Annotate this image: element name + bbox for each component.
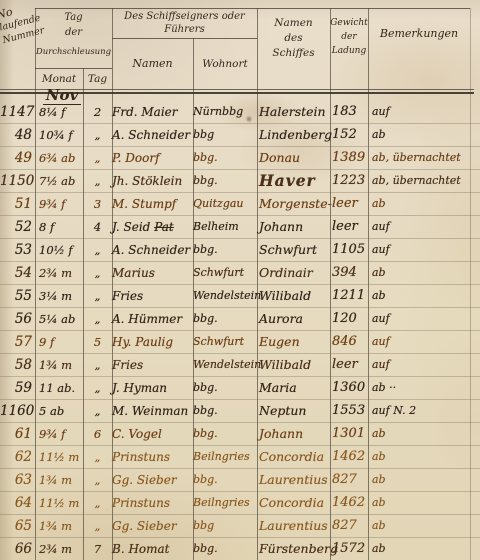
col-header-load-line: Gewicht (330, 16, 368, 30)
cell-residence: bbg. (193, 473, 257, 486)
table-row: 4810¾ f„A. SchneiderbbgLindenberg152ab (0, 123, 480, 147)
cell-entry-number: 59 (0, 380, 35, 396)
col-header-date-line: Tag (35, 10, 112, 25)
cell-load-weight: 1553 (330, 403, 368, 418)
cell-day: „ (83, 174, 112, 188)
cell-remark: ab (368, 450, 470, 463)
cell-entry-number: 54 (0, 265, 35, 281)
cell-residence: Beilngries (193, 496, 257, 509)
cell-residence: Quitzgau (193, 197, 257, 210)
cell-skipper-name: Marius (112, 266, 193, 280)
cell-residence: Schwfurt (193, 266, 257, 279)
cell-remark: ab (368, 289, 470, 302)
col-header-date: Tag der Durchschleusung (35, 10, 112, 60)
cell-skipper-name: J. Seid Pat (112, 220, 193, 234)
cell-skipper-name: J. Hyman (112, 381, 193, 395)
cell-ship-name: Wilibald (257, 357, 330, 372)
table-row: 662¾ m7B. Homatbbg.Fürstenberg1572ab (0, 537, 480, 560)
cell-lock-time: 5¼ ab (35, 312, 83, 326)
cell-day: „ (83, 381, 112, 395)
cell-day: „ (83, 358, 112, 372)
col-header-skipper: Des Schiffseigners oder Führers (112, 10, 257, 36)
cell-entry-number: 1150 (0, 173, 35, 189)
table-row: 581¾ m„FriesWendelsteinWilibaldleerauf (0, 353, 480, 377)
cell-ship-name: Concordia (257, 449, 330, 464)
cell-remark: auf (368, 243, 470, 256)
cell-load-weight: 120 (330, 311, 368, 326)
cell-remark: auf (368, 220, 470, 233)
cell-load-weight: 1462 (330, 449, 368, 464)
col-header-ship-line: des (257, 31, 330, 46)
cell-ship-name: Fürstenberg (257, 541, 330, 556)
cell-lock-time: 11 ab. (35, 381, 83, 395)
cell-ship-name: Morgenste- (257, 196, 330, 211)
col-header-date-line: der (35, 25, 112, 40)
cell-entry-number: 64 (0, 495, 35, 511)
cell-ship-name: Aurora (257, 311, 330, 326)
cell-entry-number: 1147 (0, 104, 35, 120)
cell-day: „ (83, 289, 112, 303)
cell-residence: bbg. (193, 542, 257, 555)
cell-residence: bbg. (193, 427, 257, 440)
cell-day: „ (83, 151, 112, 165)
col-header-load: Gewicht der Ladung (330, 16, 368, 58)
cell-remark: auf (368, 358, 470, 371)
cell-lock-time: 9¾ f (35, 197, 83, 211)
cell-ship-name: Laurentius (257, 472, 330, 487)
cell-load-weight: 1360 (330, 380, 368, 395)
cell-lock-time: 1¾ m (35, 473, 83, 487)
cell-entry-number: 51 (0, 196, 35, 212)
cell-day: „ (83, 473, 112, 487)
cell-load-weight: 1223 (330, 173, 368, 188)
col-header-load-line: der (330, 30, 368, 44)
cell-remark: auf (368, 312, 470, 325)
table-row: 619¾ f6C. Vogelbbg.Johann1301ab (0, 422, 480, 446)
cell-entry-number: 52 (0, 219, 35, 235)
cell-lock-time: 2¾ m (35, 542, 83, 556)
cell-ship-name: Haver (257, 171, 330, 190)
cell-remark: ab, übernachtet (368, 151, 470, 164)
cell-remark: ab (368, 427, 470, 440)
cell-entry-number: 55 (0, 288, 35, 304)
cell-day: „ (83, 312, 112, 326)
cell-lock-time: 2¾ m (35, 266, 83, 280)
col-header-remarks: Bemerkungen (368, 8, 470, 60)
cell-lock-time: 8 f (35, 220, 83, 234)
cell-load-weight: leer (330, 357, 368, 372)
cell-skipper-name: A. Schneider (112, 243, 193, 257)
cell-residence: Schwfurt (193, 335, 257, 348)
cell-skipper-name: Gg. Sieber (112, 519, 193, 533)
cell-day: „ (83, 450, 112, 464)
cell-ship-name: Johann (257, 426, 330, 441)
cell-residence: bbg (193, 519, 257, 532)
cell-load-weight: leer (330, 196, 368, 211)
cell-skipper-name: Fries (112, 289, 193, 303)
cell-entry-number: 48 (0, 127, 35, 143)
cell-load-weight: 152 (330, 127, 368, 142)
cell-lock-time: 9¾ f (35, 427, 83, 441)
cell-skipper-name: Jh. Stöklein (112, 174, 193, 188)
col-header-skipper-line: Des Schiffseigners oder (112, 10, 257, 23)
cell-remark: ab (368, 128, 470, 141)
scanned-ledger-page: No laufende Nummer Tag der Durchschleusu… (0, 0, 480, 560)
cell-day: „ (83, 404, 112, 418)
table-row: 631¾ m„Gg. Sieberbbg.Laurentius827ab (0, 468, 480, 492)
cell-ship-name: Ordinair (257, 265, 330, 280)
col-header-ship-line: Namen (257, 16, 330, 31)
cell-skipper-name: B. Homat (112, 542, 193, 556)
cell-day: 3 (83, 197, 112, 211)
table-row: 651¾ m„Gg. SieberbbgLaurentius827ab (0, 514, 480, 538)
cell-residence: bbg. (193, 243, 257, 256)
cell-skipper-name: Gg. Sieber (112, 473, 193, 487)
cell-residence: bbg. (193, 381, 257, 394)
cell-skipper-name: Fries (112, 358, 193, 372)
table-row: 496¾ ab„P. Doorfbbg.Donau1389ab, übernac… (0, 146, 480, 170)
cell-ship-name: Lindenberg (257, 127, 330, 142)
cell-ship-name: Johann (257, 219, 330, 234)
col-header-ship: Namen des Schiffes (257, 16, 330, 61)
cell-day: „ (83, 519, 112, 533)
cell-skipper-name: C. Vogel (112, 427, 193, 441)
table-row: 553¼ m„FriesWendelsteinWilibald1211ab (0, 284, 480, 308)
cell-remark: auf N. 2 (368, 404, 470, 417)
cell-lock-time: 1¾ m (35, 519, 83, 533)
table-row: 519¾ f3M. StumpfQuitzgauMorgenste-leerab (0, 192, 480, 216)
table-row: 542¾ m„MariusSchwfurtOrdinair394ab (0, 261, 480, 285)
col-header-ship-line: Schiffes (257, 46, 330, 61)
cell-day: 5 (83, 335, 112, 349)
cell-entry-number: 57 (0, 334, 35, 350)
cell-residence: bbg. (193, 404, 257, 417)
cell-entry-number: 53 (0, 242, 35, 258)
col-header-residence: Wohnort (193, 38, 257, 90)
cell-remark: ab ·· (368, 381, 470, 394)
col-header-name: Namen (112, 38, 193, 90)
cell-remark: ab, übernachtet (368, 174, 470, 187)
cell-residence: Wendelstein (193, 358, 257, 371)
cell-ship-name: Halerstein (257, 104, 330, 119)
table-row: 6211½ m„PrinstunsBeilngriesConcordia1462… (0, 445, 480, 469)
cell-day: „ (83, 243, 112, 257)
cell-ship-name: Neptun (257, 403, 330, 418)
table-row: 528 f4J. Seid PatBelheimJohannleerauf (0, 215, 480, 239)
cell-ship-name: Donau (257, 150, 330, 165)
cell-lock-time: 11½ m (35, 496, 83, 510)
cell-lock-time: 9 f (35, 335, 83, 349)
table-row: 11605 ab„M. Weinmanbbg.Neptun1553auf N. … (0, 399, 480, 423)
cell-remark: ab (368, 266, 470, 279)
cell-skipper-name: M. Weinman (112, 404, 193, 418)
table-row: 579 f5Hy. PauligSchwfurtEugen846auf (0, 330, 480, 354)
cell-day: 7 (83, 542, 112, 556)
cell-lock-time: 6¾ ab (35, 151, 83, 165)
cell-lock-time: 3¼ m (35, 289, 83, 303)
cell-load-weight: leer (330, 219, 368, 234)
cell-ship-name: Schwfurt (257, 242, 330, 257)
table-row: 11507½ ab„Jh. Stökleinbbg.Haver1223ab, ü… (0, 169, 480, 193)
cell-skipper-name: Frd. Maier (112, 105, 193, 119)
cell-residence: bbg. (193, 174, 257, 187)
cell-ship-name: Eugen (257, 334, 330, 349)
cell-entry-number: 66 (0, 541, 35, 557)
cell-ship-name: Laurentius (257, 518, 330, 533)
cell-ship-name: Concordia (257, 495, 330, 510)
cell-residence: bbg. (193, 312, 257, 325)
cell-load-weight: 1572 (330, 541, 368, 556)
cell-remark: ab (368, 542, 470, 555)
cell-load-weight: 1389 (330, 150, 368, 165)
cell-load-weight: 846 (330, 334, 368, 349)
cell-residence: bbg. (193, 151, 257, 164)
cell-skipper-name: A. Hümmer (112, 312, 193, 326)
cell-lock-time: 7½ ab (35, 174, 83, 188)
cell-lock-time: 10¾ f (35, 128, 83, 142)
table-row: 6411½ m„PrinstunsBeilngriesConcordia1462… (0, 491, 480, 515)
cell-residence: Wendelstein (193, 289, 257, 302)
cell-entry-number: 61 (0, 426, 35, 442)
cell-day: 4 (83, 220, 112, 234)
cell-load-weight: 1301 (330, 426, 368, 441)
cell-load-weight: 827 (330, 518, 368, 533)
cell-remark: ab (368, 496, 470, 509)
table-row: 5911 ab.„J. Hymanbbg.Maria1360ab ·· (0, 376, 480, 400)
cell-load-weight: 827 (330, 472, 368, 487)
cell-day: „ (83, 496, 112, 510)
cell-remark: ab (368, 473, 470, 486)
cell-remark: auf (368, 335, 470, 348)
cell-load-weight: 394 (330, 265, 368, 280)
cell-ship-name: Wilibald (257, 288, 330, 303)
cell-entry-number: 56 (0, 311, 35, 327)
table-row: 11478¼ f2Frd. MaierNürnbbgHalerstein183a… (0, 100, 480, 124)
cell-entry-number: 49 (0, 150, 35, 166)
cell-ship-name: Maria (257, 380, 330, 395)
col-header-date-line: Durchschleusung (35, 45, 112, 60)
cell-remark: ab (368, 519, 470, 532)
cell-skipper-name: P. Doorf (112, 151, 193, 165)
cell-load-weight: 1462 (330, 495, 368, 510)
cell-entry-number: 65 (0, 518, 35, 534)
cell-residence: bbg (193, 128, 257, 141)
table-row: 565¼ ab„A. Hümmerbbg.Aurora120auf (0, 307, 480, 331)
cell-skipper-name-struck: Pat (154, 220, 174, 234)
cell-load-weight: 183 (330, 104, 368, 119)
cell-skipper-name: M. Stumpf (112, 197, 193, 211)
cell-skipper-name: Hy. Paulig (112, 335, 193, 349)
cell-entry-number: 63 (0, 472, 35, 488)
cell-skipper-name: A. Schneider (112, 128, 193, 142)
cell-residence: Beilngries (193, 450, 257, 463)
col-header-skipper-line: Führers (112, 23, 257, 36)
cell-lock-time: 8¼ f (35, 105, 83, 119)
cell-remark: ab (368, 197, 470, 210)
cell-skipper-name: Prinstuns (112, 496, 193, 510)
table-row: 5310½ f„A. Schneiderbbg.Schwfurt1105auf (0, 238, 480, 262)
cell-entry-number: 1160 (0, 403, 35, 419)
cell-lock-time: 5 ab (35, 404, 83, 418)
cell-day: „ (83, 128, 112, 142)
cell-load-weight: 1211 (330, 288, 368, 303)
cell-entry-number: 58 (0, 357, 35, 373)
cell-day: 2 (83, 105, 112, 119)
cell-load-weight: 1105 (330, 242, 368, 257)
cell-skipper-name: Prinstuns (112, 450, 193, 464)
cell-lock-time: 1¾ m (35, 358, 83, 372)
cell-residence: Nürnbbg (193, 105, 257, 118)
cell-lock-time: 11½ m (35, 450, 83, 464)
cell-entry-number: 62 (0, 449, 35, 465)
col-header-load-line: Ladung (330, 44, 368, 58)
cell-remark: auf (368, 105, 470, 118)
cell-lock-time: 10½ f (35, 243, 83, 257)
cell-residence: Belheim (193, 220, 257, 233)
cell-day: „ (83, 266, 112, 280)
cell-day: 6 (83, 427, 112, 441)
